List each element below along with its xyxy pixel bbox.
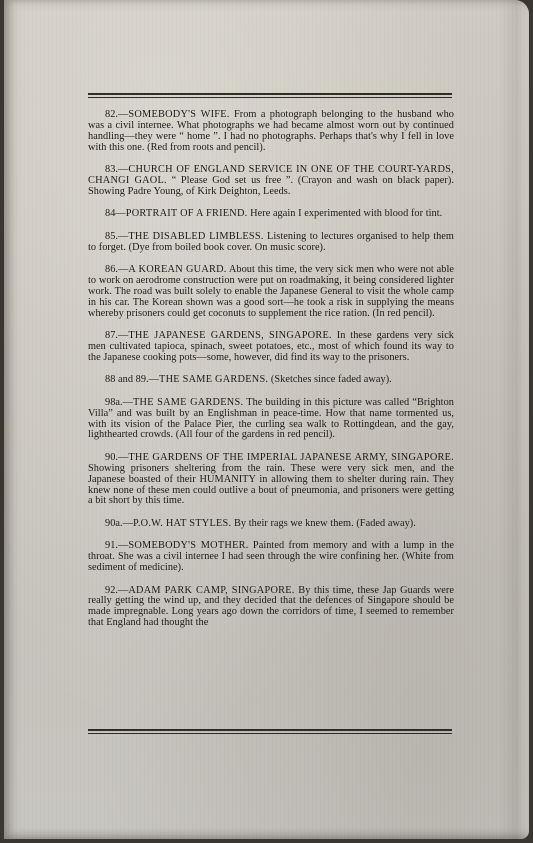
entry-number: 98a.—: [105, 397, 133, 408]
entry-body: (Sketches since faded away).: [271, 374, 392, 385]
entry-title: PORTRAIT OF A FRIEND.: [126, 208, 248, 219]
top-double-rule: [88, 93, 452, 98]
entry-86: 86.—A KOREAN GUARD. About this time, the…: [88, 265, 454, 320]
entry-number: 90.—: [105, 452, 128, 463]
bottom-double-rule: [88, 729, 452, 734]
entry-number: 82.—: [105, 109, 128, 120]
entry-title: THE DISABLED LIMBLESS.: [128, 231, 263, 242]
entry-88-89: 88 and 89.—THE SAME GARDENS. (Sketches s…: [88, 375, 454, 386]
entry-number: 92.—: [105, 585, 128, 596]
entry-92: 92.—ADAM PARK CAMP, SINGAPORE. By this t…: [88, 586, 454, 630]
entry-title: A KOREAN GUARD.: [128, 264, 226, 275]
entry-85: 85.—THE DISABLED LIMBLESS. Listening to …: [88, 232, 454, 254]
entry-number: 83.—: [105, 164, 128, 175]
entry-98a: 98a.—THE SAME GARDENS. The building in t…: [88, 398, 454, 442]
entry-title: ADAM PARK CAMP, SINGAPORE.: [128, 585, 294, 596]
printed-page: 82.—SOMEBODY'S WIFE. From a photograph b…: [4, 0, 529, 839]
entry-title: SOMEBODY'S MOTHER.: [128, 540, 248, 551]
entry-title: SOMEBODY'S WIFE.: [128, 109, 229, 120]
entry-84: 84—PORTRAIT OF A FRIEND. Here again I ex…: [88, 209, 454, 220]
entry-number: 88 and 89.—: [105, 374, 159, 385]
entry-number: 84—: [105, 208, 126, 219]
entry-number: 90a.—: [105, 518, 133, 529]
entry-number: 86.—: [105, 264, 128, 275]
entry-number: 91.—: [105, 540, 128, 551]
entry-body: Showing prisoners sheltering from the ra…: [88, 463, 454, 507]
entry-title: THE SAME GARDENS.: [159, 374, 268, 385]
entry-body: Here again I experimented with blood for…: [250, 208, 442, 219]
entry-90a: 90a.—P.O.W. HAT STYLES. By their rags we…: [88, 519, 454, 530]
entry-91: 91.—SOMEBODY'S MOTHER. Painted from memo…: [88, 541, 454, 574]
entry-90: 90.—THE GARDENS OF THE IMPERIAL JAPANESE…: [88, 453, 454, 508]
entry-body: By their rags we knew them. (Faded away)…: [234, 518, 416, 529]
entry-number: 87.—: [105, 330, 128, 341]
entry-82: 82.—SOMEBODY'S WIFE. From a photograph b…: [88, 110, 454, 154]
entry-title: THE GARDENS OF THE IMPERIAL JAPANESE ARM…: [128, 452, 454, 463]
entry-title: THE JAPANESE GARDENS, SINGAPORE.: [128, 330, 331, 341]
entry-title: P.O.W. HAT STYLES.: [133, 518, 231, 529]
entry-83: 83.—CHURCH OF ENGLAND SERVICE IN ONE OF …: [88, 165, 454, 198]
catalogue-text: 82.—SOMEBODY'S WIFE. From a photograph b…: [88, 110, 454, 641]
entry-number: 85.—: [105, 231, 128, 242]
entry-87: 87.—THE JAPANESE GARDENS, SINGAPORE. In …: [88, 331, 454, 364]
entry-title: THE SAME GARDENS.: [133, 397, 243, 408]
